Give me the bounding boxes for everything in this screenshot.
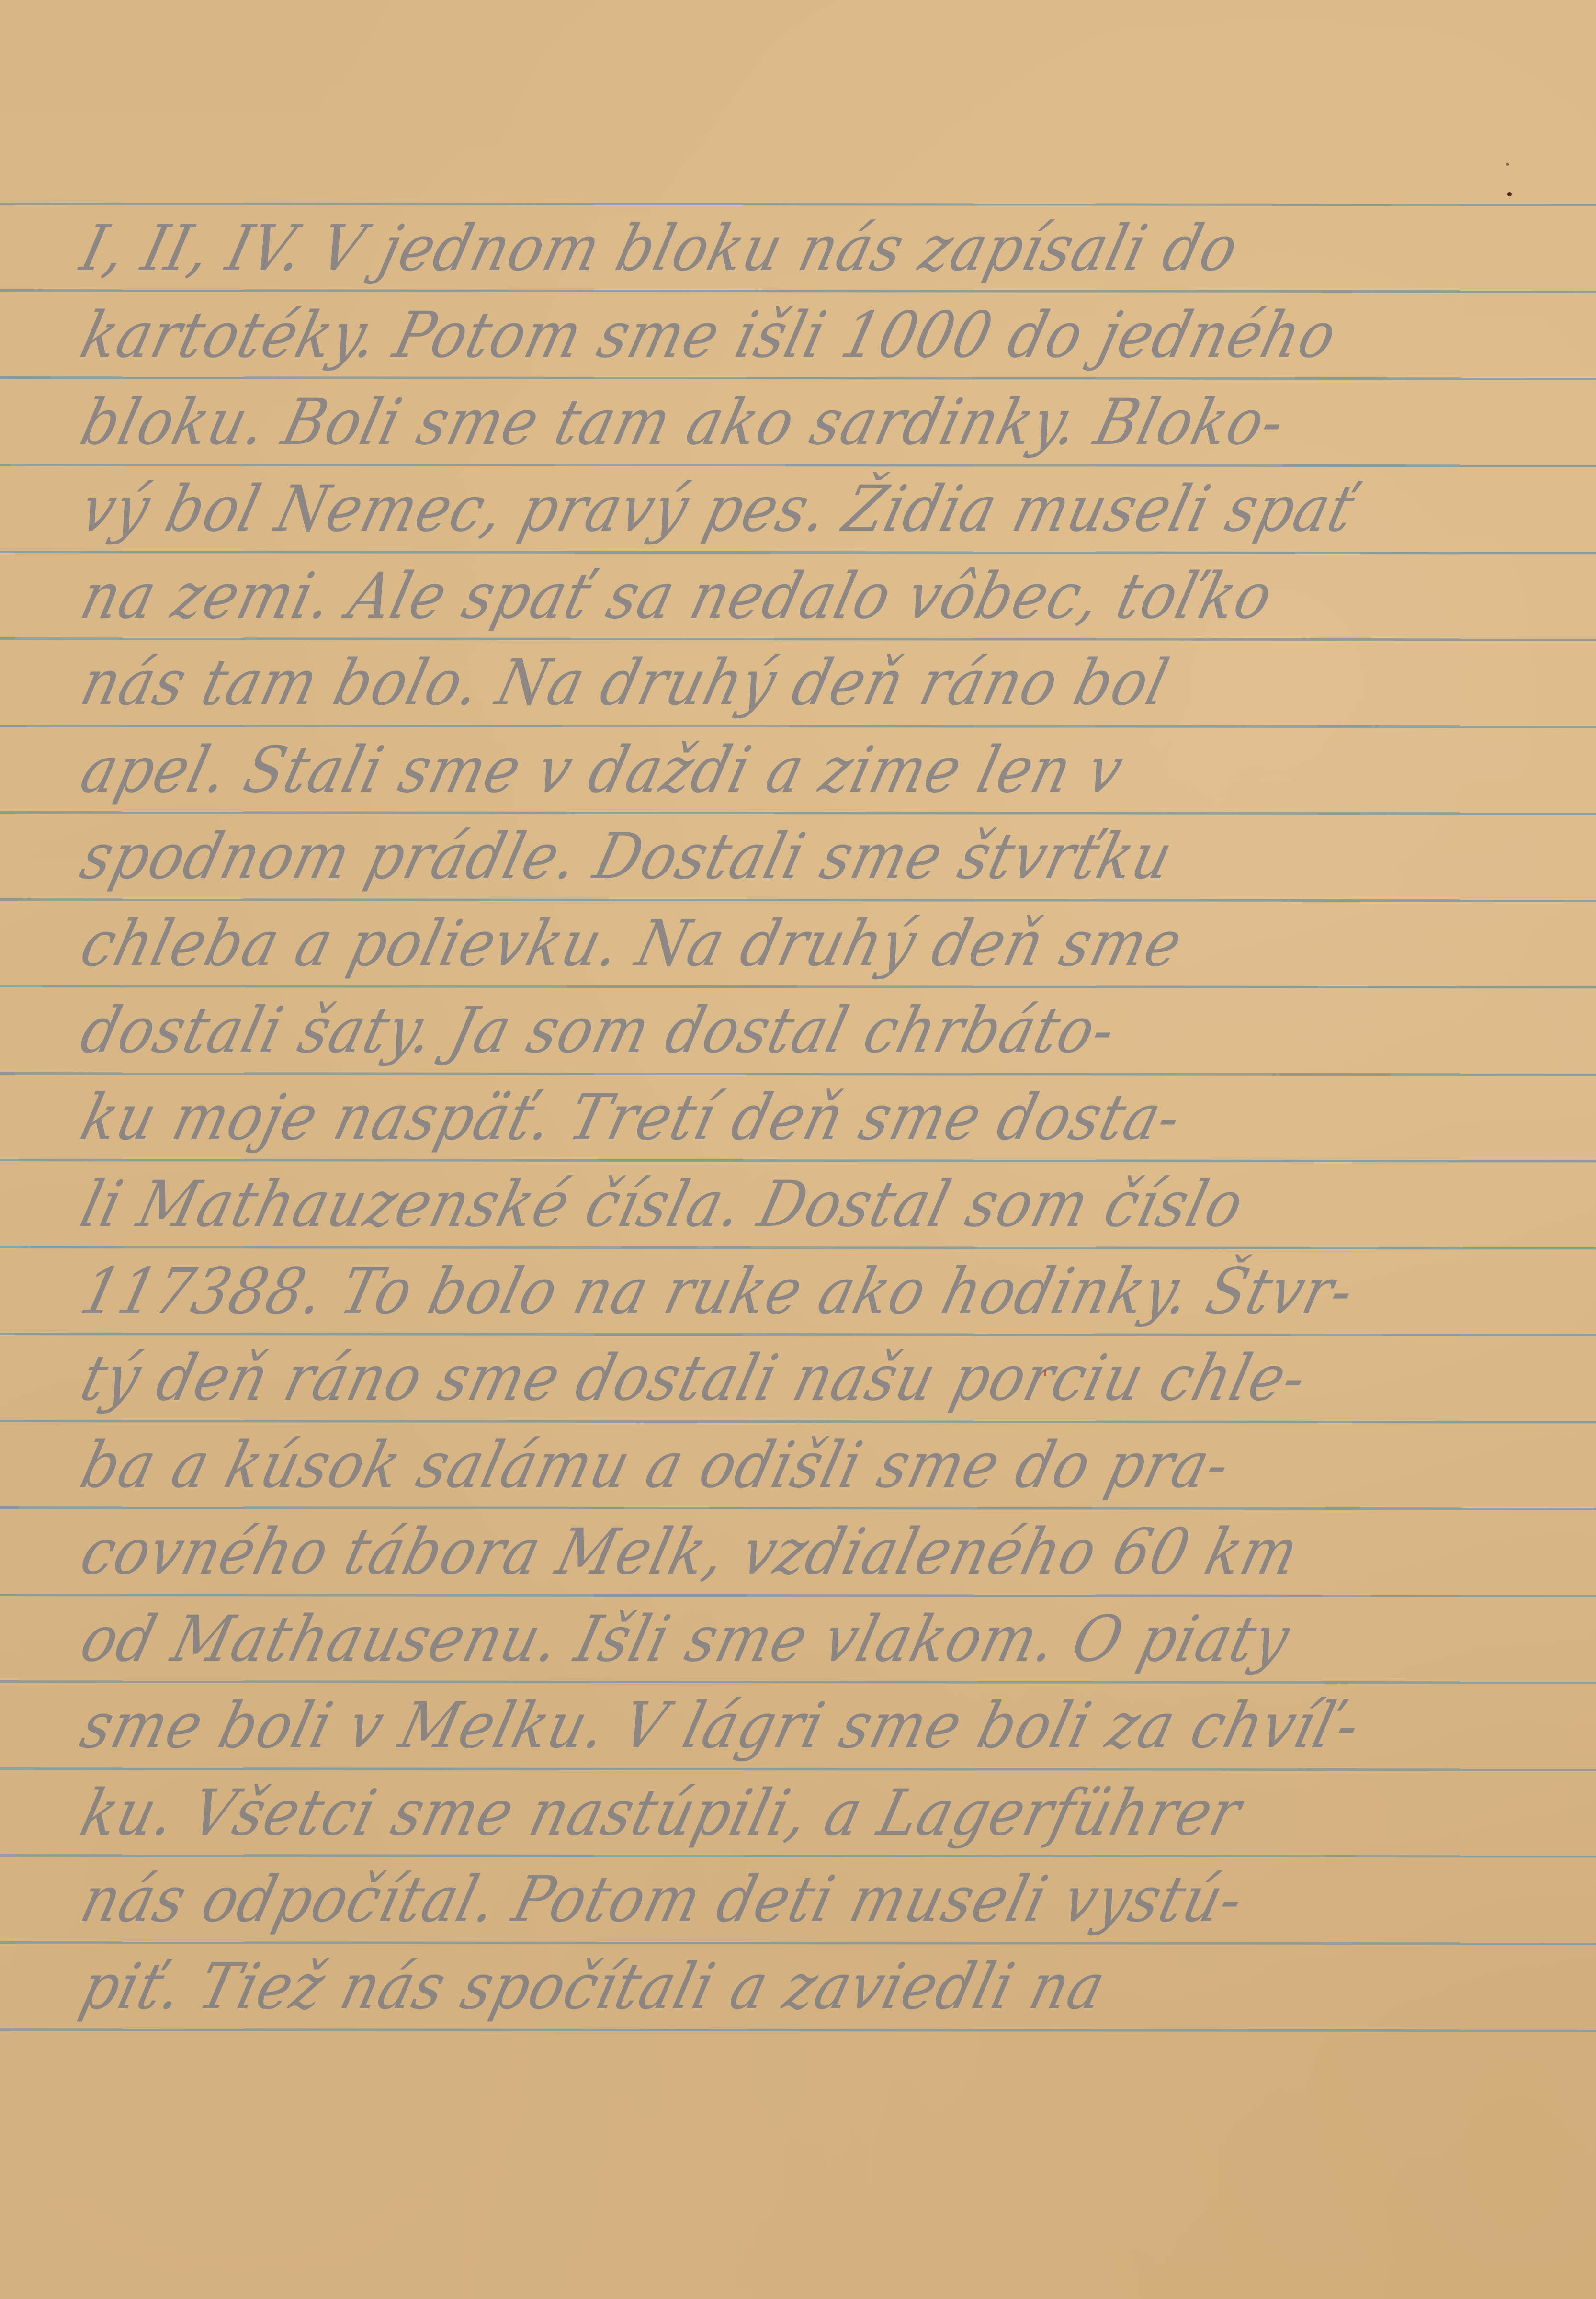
notebook-page: I, II, IV. V jednom bloku nás zapísali d… — [0, 0, 1596, 2299]
handwritten-line: dostali šaty. Ja som dostal chrbáto- — [72, 985, 1596, 1076]
handwritten-line: spodnom prádle. Dostali sme štvrťku — [72, 811, 1596, 902]
handwritten-line: ba a kúsok salámu a odišli sme do pra- — [72, 1419, 1596, 1510]
paper-speck — [1044, 1370, 1046, 1376]
handwritten-line: nás odpočítal. Potom deti museli vystú- — [72, 1854, 1596, 1945]
handwritten-line: na zemi. Ale spať sa nedalo vôbec, toľko — [72, 550, 1596, 641]
handwritten-line: chleba a polievku. Na druhý deň sme — [72, 898, 1596, 989]
handwritten-line: apel. Stali sme v daždi a zime len v — [72, 724, 1596, 815]
handwritten-line: covného tábora Melk, vzdialeného 60 km — [72, 1506, 1596, 1597]
handwritten-line: ku moje naspäť. Tretí deň sme dosta- — [72, 1072, 1596, 1163]
handwritten-line: bloku. Boli sme tam ako sardinky. Bloko- — [72, 376, 1596, 467]
handwritten-line: kartotéky. Potom sme išli 1000 do jednéh… — [72, 289, 1596, 380]
handwritten-line: I, II, IV. V jednom bloku nás zapísali d… — [72, 203, 1596, 294]
handwritten-line: vý bol Nemec, pravý pes. Židia museli sp… — [72, 463, 1596, 554]
handwritten-line: tý deň ráno sme dostali našu porciu chle… — [72, 1332, 1596, 1423]
handwritten-line: li Mathauzenské čísla. Dostal som číslo — [72, 1158, 1596, 1249]
handwritten-line: ku. Všetci sme nastúpili, a Lagerführer — [72, 1767, 1596, 1858]
handwritten-line: piť. Tiež nás spočítali a zaviedli na — [72, 1941, 1596, 2032]
handwritten-line: 117388. To bolo na ruke ako hodinky. Štv… — [72, 1246, 1596, 1336]
handwritten-line: od Mathausenu. Išli sme vlakom. O piaty — [72, 1593, 1596, 1684]
handwritten-line: sme boli v Melku. V lágri sme boli za ch… — [72, 1680, 1596, 1771]
paper-speck — [1507, 192, 1512, 196]
handwritten-line: nás tam bolo. Na druhý deň ráno bol — [72, 637, 1596, 728]
paper-speck — [1506, 163, 1509, 166]
